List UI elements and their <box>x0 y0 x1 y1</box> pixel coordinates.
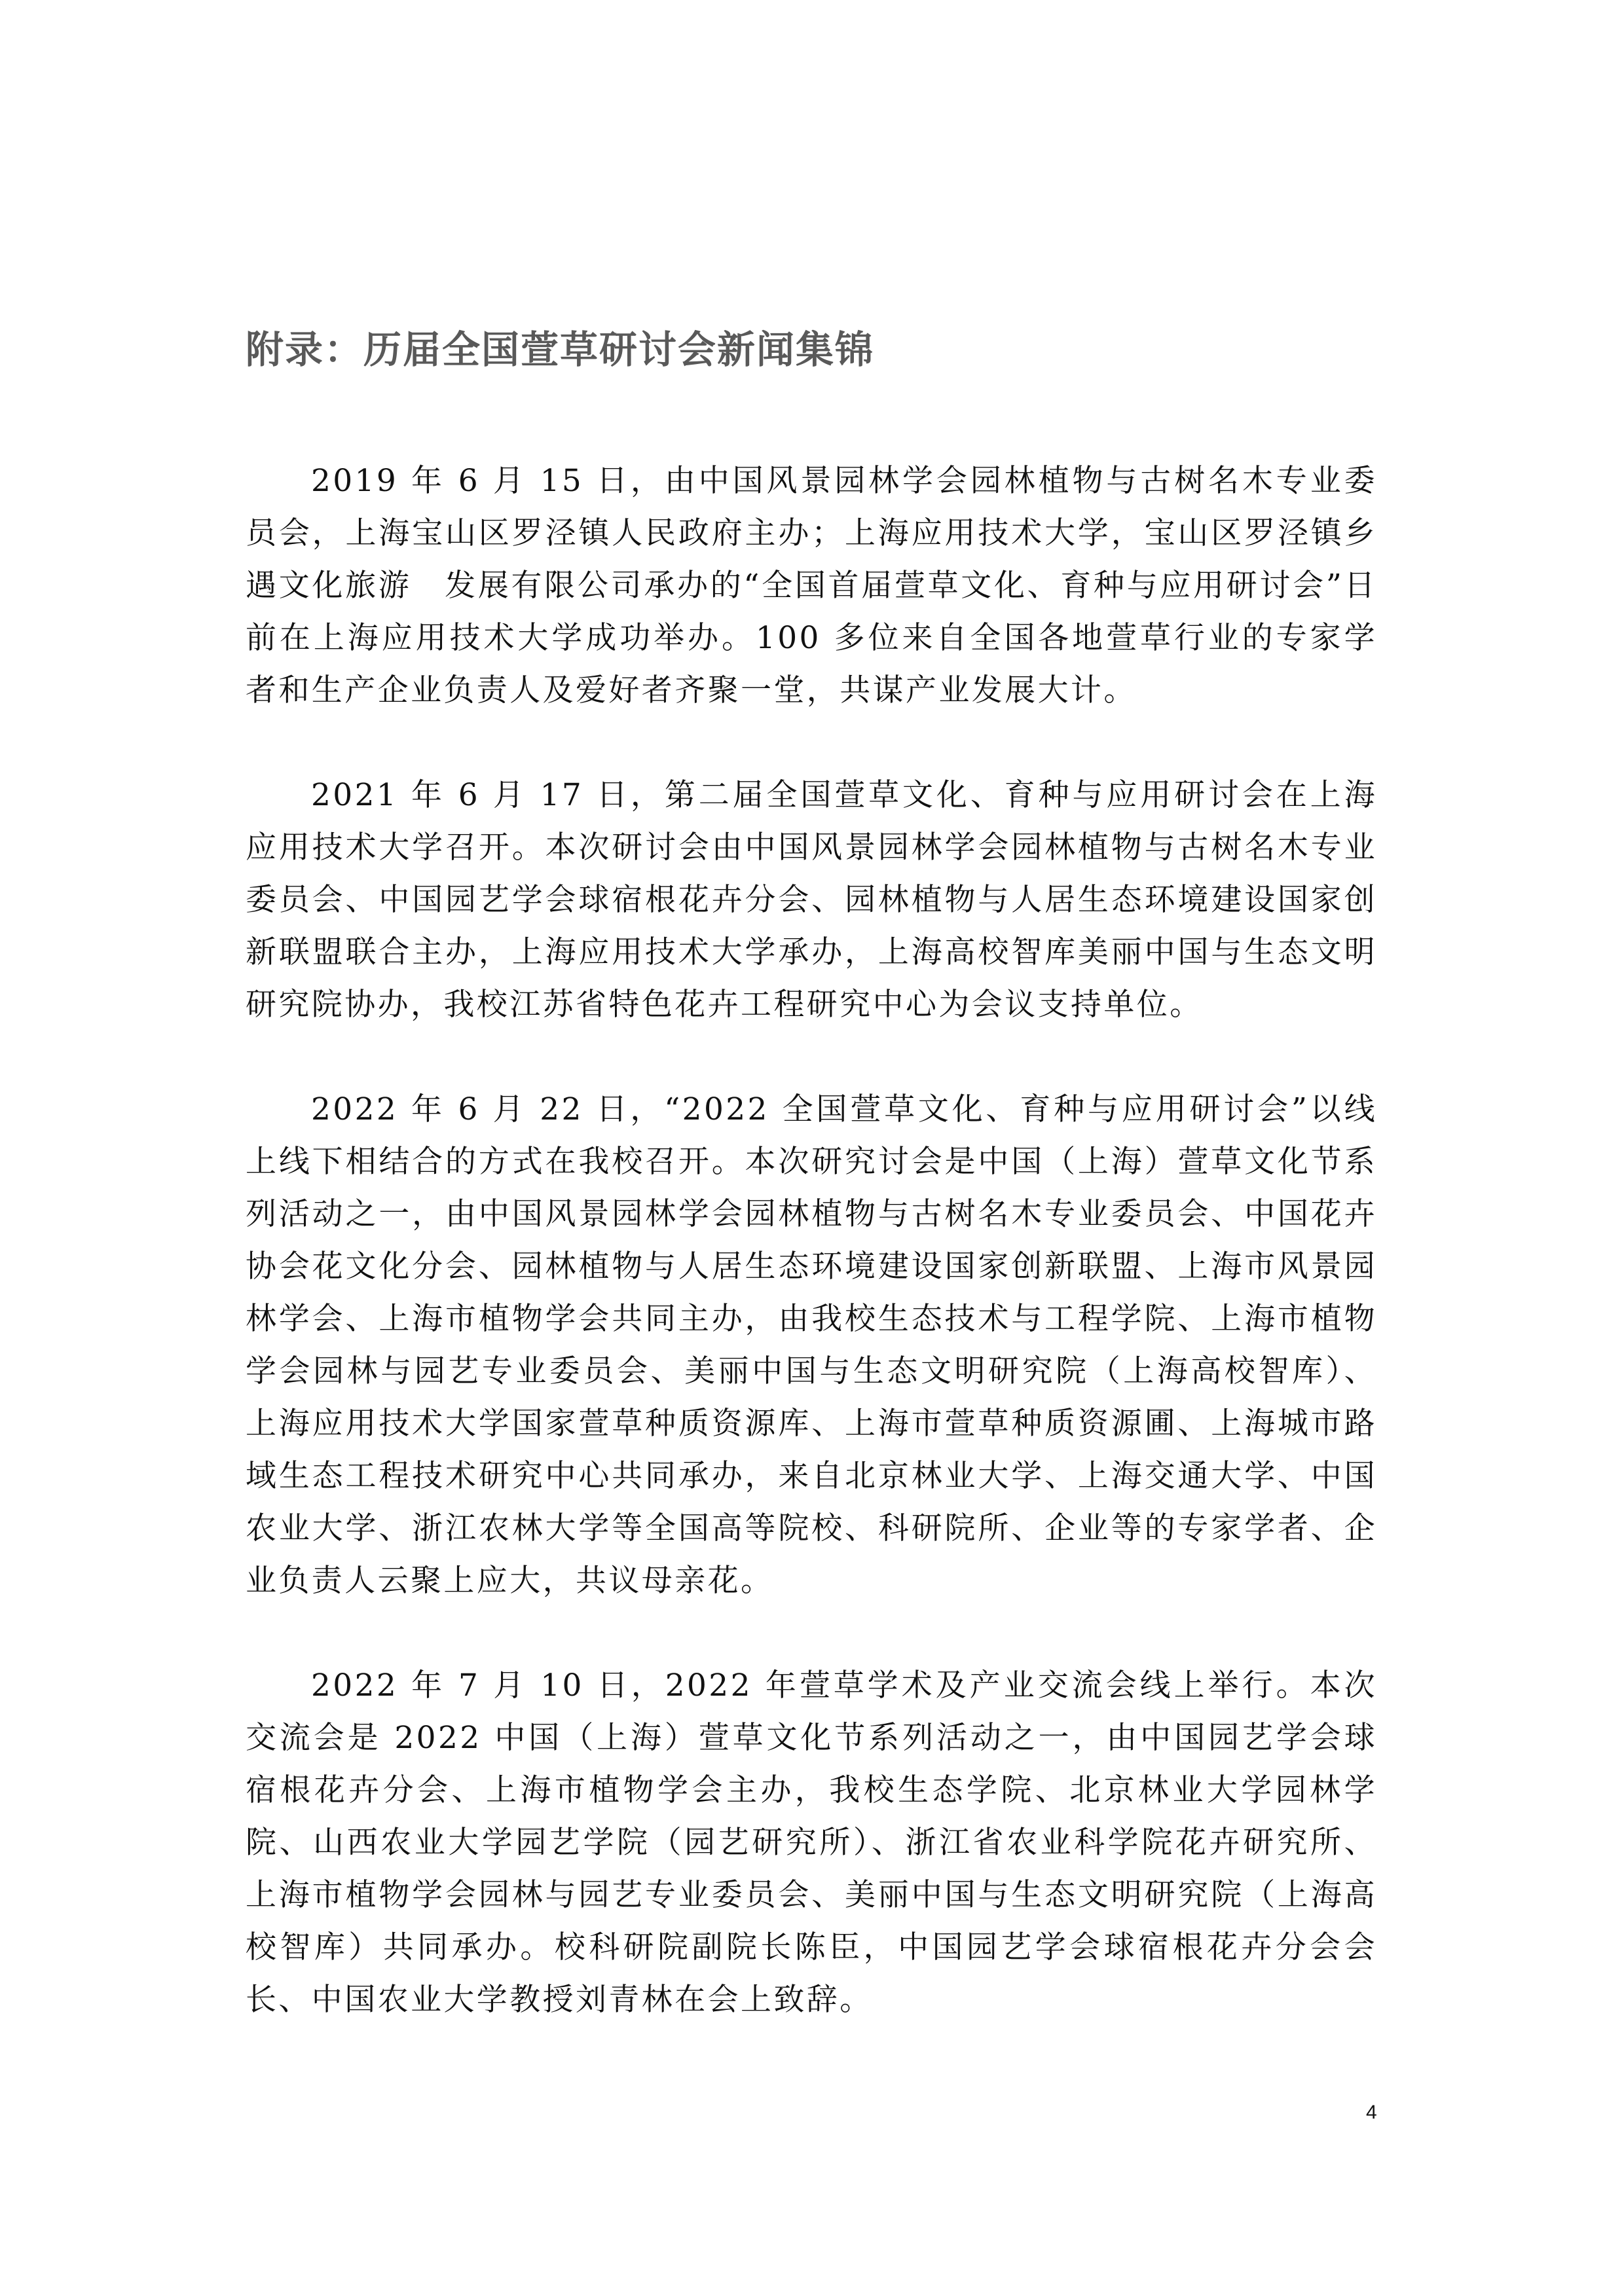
page-number: 4 <box>1366 2102 1377 2124</box>
document-body: 2019 年 6 月 15 日，由中国风景园林学会园林植物与古树名木专业委员会，… <box>246 455 1377 2026</box>
news-paragraph-2022-06-22: 2022 年 6 月 22 日，“2022 全国萱草文化、育种与应用研讨会”以线… <box>246 1084 1377 1607</box>
news-paragraph-2022-07-10: 2022 年 7 月 10 日，2022 年萱草学术及产业交流会线上举行。本次交… <box>246 1660 1377 2026</box>
news-paragraph-2021-06-17: 2021 年 6 月 17 日，第二届全国萱草文化、育种与应用研讨会在上海应用技… <box>246 769 1377 1031</box>
news-paragraph-2019-06-15: 2019 年 6 月 15 日，由中国风景园林学会园林植物与古树名木专业委员会，… <box>246 455 1377 717</box>
appendix-title: 附录：历届全国萱草研讨会新闻集锦 <box>246 323 874 376</box>
document-page: 附录：历届全国萱草研讨会新闻集锦 2019 年 6 月 15 日，由中国风景园林… <box>0 0 1624 2296</box>
